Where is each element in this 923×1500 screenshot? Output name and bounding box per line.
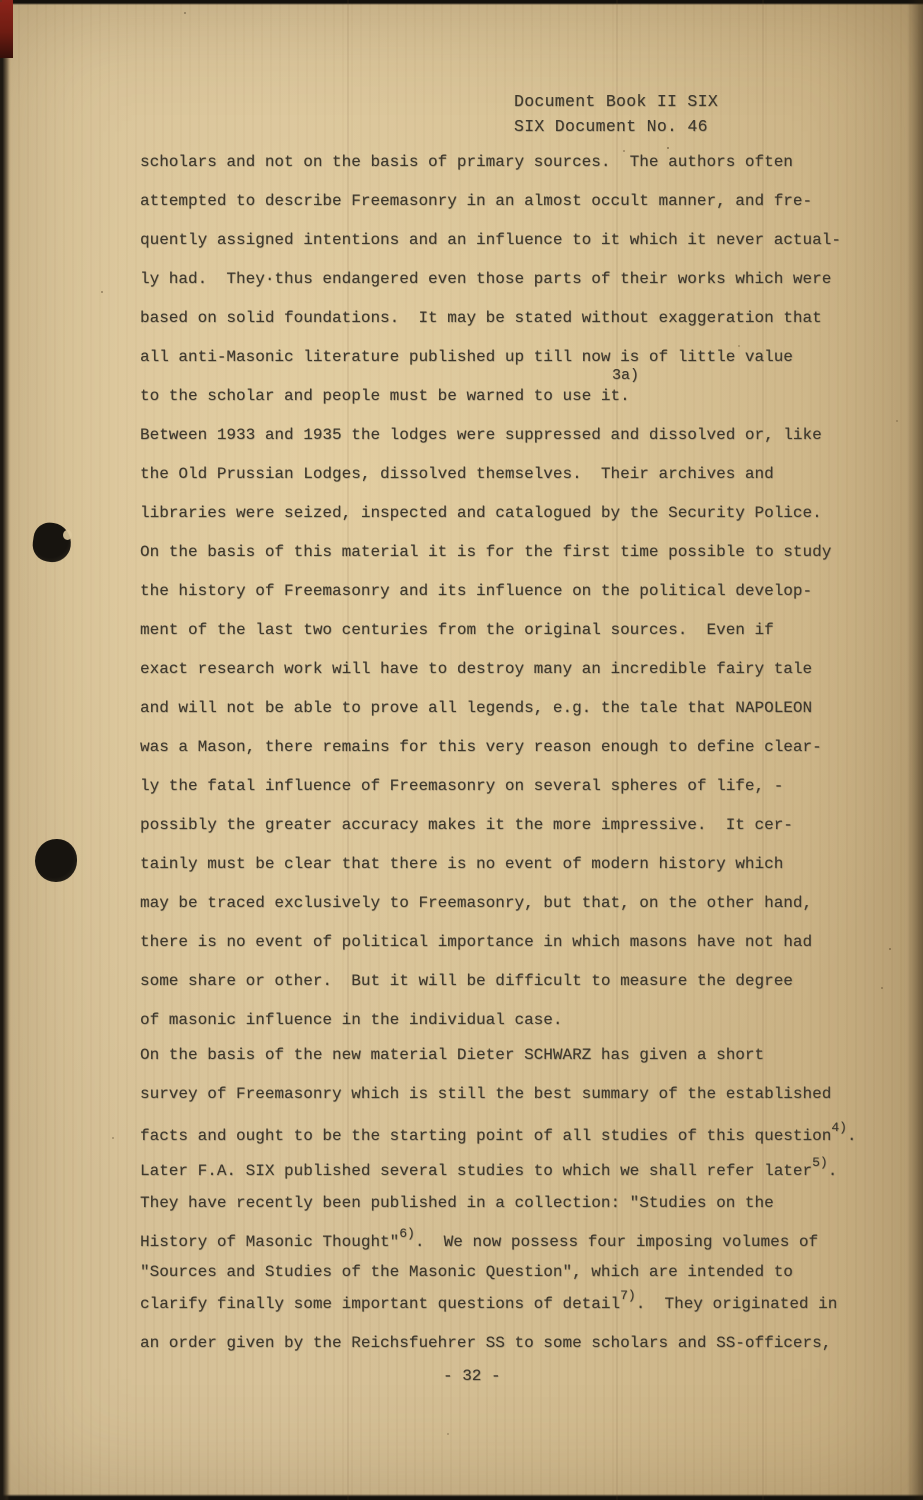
text-line-main: attempted to describe Freemasonry in an … xyxy=(140,192,812,210)
page-edge-right xyxy=(907,0,923,1500)
text-line: They have recently been published in a c… xyxy=(140,1193,774,1213)
text-line-main: On the basis of the new material Dieter … xyxy=(140,1046,764,1064)
text-line: Later F.A. SIX published several studies… xyxy=(140,1161,837,1182)
text-line: there is no event of political importanc… xyxy=(140,932,812,952)
text-line: possibly the greater accuracy makes it t… xyxy=(140,815,793,835)
text-line-main: tainly must be clear that there is no ev… xyxy=(140,855,783,873)
text-line: based on solid foundations. It may be st… xyxy=(140,308,822,328)
punch-hole-chip xyxy=(63,530,72,540)
text-line: may be traced exclusively to Freemasonry… xyxy=(140,893,812,913)
text-line-main: They have recently been published in a c… xyxy=(140,1194,774,1212)
text-line-main: based on solid foundations. It may be st… xyxy=(140,309,822,327)
text-line-tail: . They originated in xyxy=(636,1295,838,1313)
text-line-main: there is no event of political importanc… xyxy=(140,933,812,951)
paper-specks xyxy=(0,0,2,2)
footnote-superscript: 4) xyxy=(831,1120,847,1135)
text-line-main: was a Mason, there remains for this very… xyxy=(140,738,822,756)
text-line-main: the Old Prussian Lodges, dissolved thems… xyxy=(140,465,774,483)
text-line-main: exact research work will have to destroy… xyxy=(140,660,812,678)
text-line: tainly must be clear that there is no ev… xyxy=(140,854,783,874)
text-line: On the basis of this material it is for … xyxy=(140,542,831,562)
text-line-main: On the basis of this material it is for … xyxy=(140,543,831,561)
text-line-main: libraries were seized, inspected and cat… xyxy=(140,504,822,522)
text-line-tail: . We now possess four imposing volumes o… xyxy=(415,1233,818,1251)
text-line: to the scholar and people must be warned… xyxy=(140,386,630,406)
text-line: some share or other. But it will be diff… xyxy=(140,971,793,991)
text-line: ly the fatal influence of Freemasonry on… xyxy=(140,776,783,796)
text-line: On the basis of the new material Dieter … xyxy=(140,1045,764,1065)
text-line-main: the history of Freemasonry and its influ… xyxy=(140,582,812,600)
text-line-main: survey of Freemasonry which is still the… xyxy=(140,1085,831,1103)
text-line-main: ly had. They·thus endangered even those … xyxy=(140,270,831,288)
text-line: scholars and not on the basis of primary… xyxy=(140,152,793,172)
punch-hole-bottom xyxy=(35,839,77,882)
page-edge-bottom xyxy=(0,1494,923,1500)
page-edge-top xyxy=(0,0,923,5)
text-line: the Old Prussian Lodges, dissolved thems… xyxy=(140,464,774,484)
text-line: the history of Freemasonry and its influ… xyxy=(140,581,812,601)
text-line: an order given by the Reichsfuehrer SS t… xyxy=(140,1333,831,1353)
binding-red-tab xyxy=(0,0,13,58)
text-line: ment of the last two centuries from the … xyxy=(140,620,774,640)
text-line-main: facts and ought to be the starting point… xyxy=(140,1127,831,1145)
page-edge-left xyxy=(0,0,10,1500)
footnote-ref-3a: 3a) xyxy=(612,367,639,384)
text-line-main: some share or other. But it will be diff… xyxy=(140,972,793,990)
footnote-superscript: 7) xyxy=(620,1288,636,1303)
text-line-main: quently assigned intentions and an influ… xyxy=(140,231,841,249)
text-line: facts and ought to be the starting point… xyxy=(140,1126,857,1147)
footnote-superscript: 6) xyxy=(399,1226,415,1241)
text-line: of masonic influence in the individual c… xyxy=(140,1010,562,1030)
text-line-tail: . xyxy=(828,1162,838,1180)
text-line: quently assigned intentions and an influ… xyxy=(140,230,841,250)
text-line: Between 1933 and 1935 the lodges were su… xyxy=(140,425,822,445)
text-line-tail: . xyxy=(847,1127,857,1145)
text-line-main: History of Masonic Thought" xyxy=(140,1233,399,1251)
text-line: attempted to describe Freemasonry in an … xyxy=(140,191,812,211)
text-line-main: Between 1933 and 1935 the lodges were su… xyxy=(140,426,822,444)
text-line: History of Masonic Thought"6). We now po… xyxy=(140,1232,818,1253)
text-line-main: "Sources and Studies of the Masonic Ques… xyxy=(140,1263,793,1281)
text-line: was a Mason, there remains for this very… xyxy=(140,737,822,757)
scanned-document-page: Document Book II SIX SIX Document No. 46… xyxy=(0,0,923,1500)
document-book-title: Document Book II SIX xyxy=(514,92,718,111)
text-line-main: to the scholar and people must be warned… xyxy=(140,387,630,405)
text-line-main: of masonic influence in the individual c… xyxy=(140,1011,562,1029)
text-line-main: ly the fatal influence of Freemasonry on… xyxy=(140,777,783,795)
page-number: - 32 - xyxy=(443,1367,501,1385)
text-line-main: may be traced exclusively to Freemasonry… xyxy=(140,894,812,912)
text-line-main: scholars and not on the basis of primary… xyxy=(140,153,793,171)
text-line: ly had. They·thus endangered even those … xyxy=(140,269,831,289)
punch-hole-top xyxy=(30,521,73,565)
text-line: survey of Freemasonry which is still the… xyxy=(140,1084,831,1104)
text-line: clarify finally some important questions… xyxy=(140,1294,837,1315)
text-line-main: all anti-Masonic literature published up… xyxy=(140,348,793,366)
text-line: libraries were seized, inspected and cat… xyxy=(140,503,822,523)
text-line: and will not be able to prove all legend… xyxy=(140,698,812,718)
text-line: exact research work will have to destroy… xyxy=(140,659,812,679)
footnote-superscript: 5) xyxy=(812,1155,828,1170)
text-line: "Sources and Studies of the Masonic Ques… xyxy=(140,1262,793,1282)
text-line-main: ment of the last two centuries from the … xyxy=(140,621,774,639)
text-line-main: an order given by the Reichsfuehrer SS t… xyxy=(140,1334,831,1352)
text-line-main: and will not be able to prove all legend… xyxy=(140,699,812,717)
text-line-main: Later F.A. SIX published several studies… xyxy=(140,1162,812,1180)
text-line-main: clarify finally some important questions… xyxy=(140,1295,620,1313)
text-line: all anti-Masonic literature published up… xyxy=(140,347,793,367)
document-number: SIX Document No. 46 xyxy=(514,117,708,136)
text-line-main: possibly the greater accuracy makes it t… xyxy=(140,816,793,834)
